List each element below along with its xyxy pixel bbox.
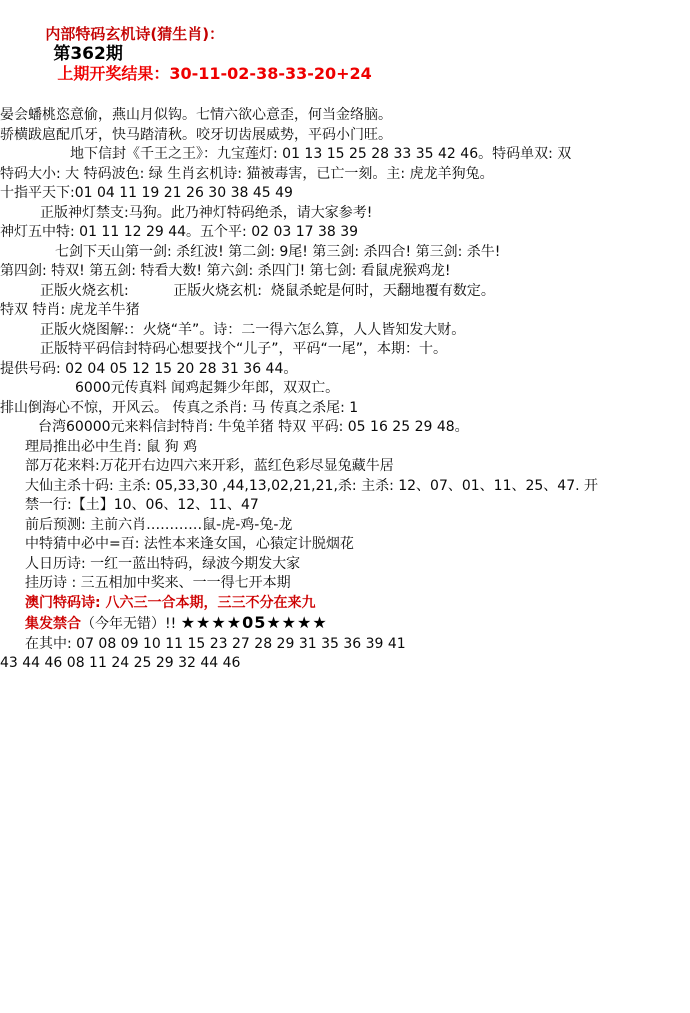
text-segment: 中特猜中必中=百: 法性本来逢女国，心猿定计脱烟花 xyxy=(25,536,354,552)
text-segment: 晏会蟠桃恣意偷，燕山月似钩。七情六欲心意歪，何当金络脑。 xyxy=(0,107,392,123)
header: 内部特码玄机诗(猜生肖)： 第362期 上期开奖结果：30-11-02-38-3… xyxy=(0,0,690,105)
text-line: 第四剑: 特双! 第五剑: 特看大数! 第六剑: 杀四门! 第七剑: 看鼠虎猴鸡… xyxy=(0,262,690,282)
text-segment: 大仙主杀十码: 主杀: 05,33,30 ,44,13,02,21,21,杀: … xyxy=(25,478,598,494)
text-line: 部万花来料:万花开右边四六来开彩，蓝红色彩尽显兔藏牛居 xyxy=(0,457,690,477)
text-line: 禁一行:【土】10、06、12、11、47 xyxy=(0,496,690,516)
text-segment: 集发禁合 xyxy=(25,616,81,632)
text-line: 神灯五中特: 01 11 12 29 44。五个平: 02 03 17 38 3… xyxy=(0,223,690,243)
text-segment: 挂历诗 : 三五相加中奖来、一一得七开本期 xyxy=(25,575,291,591)
text-segment: （今年无错）!! xyxy=(81,616,181,632)
text-segment: 正版神灯禁支:马狗。此乃神灯特码绝杀，请大家参考! xyxy=(40,205,372,221)
text-line: 排山倒海心不惊，开风云。 传真之杀肖: 马 传真之杀尾: 1 xyxy=(0,399,690,419)
text-segment: 提供号码: 02 04 05 12 15 20 28 31 36 44。 xyxy=(0,361,297,377)
text-line: 在其中: 07 08 09 10 11 15 23 27 28 29 31 35… xyxy=(0,635,690,655)
text-segment: 排山倒海心不惊，开风云。 传真之杀肖: 马 传真之杀尾: 1 xyxy=(0,400,358,416)
text-line: 正版神灯禁支:马狗。此乃神灯特码绝杀，请大家参考! xyxy=(0,204,690,224)
text-segment: 禁一行:【土】10、06、12、11、47 xyxy=(25,497,259,513)
text-segment: 正版特平码信封特码心想要找个“儿子”，平码“一尾”，本期：十。 xyxy=(40,341,447,357)
text-line: 提供号码: 02 04 05 12 15 20 28 31 36 44。 xyxy=(0,360,690,380)
text-segment: 43 44 46 08 11 24 25 29 32 44 46 xyxy=(0,655,240,671)
last-draw-result: 上期开奖结果：30-11-02-38-33-20+24 xyxy=(45,64,371,83)
text-line: 集发禁合（今年无错）!! ★★★★05★★★★ xyxy=(0,613,690,635)
text-segment: 理局推出必中生肖: 鼠 狗 鸡 xyxy=(25,439,197,455)
text-line: 理局推出必中生肖: 鼠 狗 鸡 xyxy=(0,438,690,458)
text-line: 七剑下天山第一剑: 杀红波! 第二剑: 9尾! 第三剑: 杀四合! 第三剑: 杀… xyxy=(0,243,690,263)
text-segment: 十指平天下:01 04 11 19 21 26 30 38 45 49 xyxy=(0,185,293,201)
text-line: 正版火烧图解:：火烧“羊”。诗：二一得六怎么算，人人皆知发大财。 xyxy=(0,321,690,341)
text-segment: 七剑下天山第一剑: 杀红波! 第二剑: 9尾! 第三剑: 杀四合! 第三剑: 杀… xyxy=(55,244,500,260)
text-line: 澳门特码诗: 八六三一合本期，三三不分在来九 xyxy=(0,594,690,614)
issue-number: 第362期 xyxy=(45,44,123,64)
text-segment: 特码大小: 大 特码波色: 绿 生肖玄机诗: 猫被毒害，已亡一刻。主: 虎龙羊狗… xyxy=(0,166,494,182)
lines-container: 晏会蟠桃恣意偷，燕山月似钩。七情六欲心意歪，何当金络脑。骄横跋扈配爪牙，快马踏清… xyxy=(0,105,690,674)
text-segment: 正版火烧玄机: 正版火烧玄机: 烧鼠杀蛇是何时，天翻地覆有数定。 xyxy=(40,283,495,299)
text-line: 正版特平码信封特码心想要找个“儿子”，平码“一尾”，本期：十。 xyxy=(0,340,690,360)
text-line: 前后预测: 主前六肖…………鼠-虎-鸡-兔-龙 xyxy=(0,516,690,536)
text-segment: 正版火烧图解:：火烧“羊”。诗：二一得六怎么算，人人皆知发大财。 xyxy=(40,322,465,338)
text-line: 6000元传真料 闻鸡起舞少年郎，双双亡。 xyxy=(0,379,690,399)
text-segment: 地下信封《千王之王》：九宝莲灯: 01 13 15 25 28 33 35 42… xyxy=(70,146,571,162)
text-segment: 人日历诗: 一红一蓝出特码，绿波今期发大家 xyxy=(25,556,300,572)
text-segment: 部万花来料:万花开右边四六来开彩，蓝红色彩尽显兔藏牛居 xyxy=(25,458,394,474)
text-line: 晏会蟠桃恣意偷，燕山月似钩。七情六欲心意歪，何当金络脑。 xyxy=(0,106,690,126)
text-segment: ★★★★05★★★★ xyxy=(181,613,328,632)
text-segment: 第四剑: 特双! 第五剑: 特看大数! 第六剑: 杀四门! 第七剑: 看鼠虎猴鸡… xyxy=(0,263,450,279)
text-line: 十指平天下:01 04 11 19 21 26 30 38 45 49 xyxy=(0,184,690,204)
text-segment: 前后预测: 主前六肖…………鼠-虎-鸡-兔-龙 xyxy=(25,517,292,533)
text-segment: 骄横跋扈配爪牙，快马踏清秋。咬牙切齿展威势，平码小门旺。 xyxy=(0,127,392,143)
text-segment: 神灯五中特: 01 11 12 29 44。五个平: 02 03 17 38 3… xyxy=(0,224,358,240)
text-segment: 6000元传真料 闻鸡起舞少年郎，双双亡。 xyxy=(75,380,339,396)
text-line: 特双 特肖: 虎龙羊牛猪 xyxy=(0,301,690,321)
text-segment: 澳门特码诗: 八六三一合本期，三三不分在来九 xyxy=(25,595,315,611)
text-segment: 在其中: 07 08 09 10 11 15 23 27 28 29 31 35… xyxy=(25,636,406,652)
text-line: 人日历诗: 一红一蓝出特码，绿波今期发大家 xyxy=(0,555,690,575)
text-line: 中特猜中必中=百: 法性本来逢女国，心猿定计脱烟花 xyxy=(0,535,690,555)
text-segment: 台湾60000元来料信封特肖: 牛兔羊猪 特双 平码: 05 16 25 29 … xyxy=(38,419,469,435)
text-line: 骄横跋扈配爪牙，快马踏清秋。咬牙切齿展威势，平码小门旺。 xyxy=(0,126,690,146)
text-line: 挂历诗 : 三五相加中奖来、一一得七开本期 xyxy=(0,574,690,594)
text-segment: 特双 特肖: 虎龙羊牛猪 xyxy=(0,302,140,318)
text-line: 正版火烧玄机: 正版火烧玄机: 烧鼠杀蛇是何时，天翻地覆有数定。 xyxy=(0,282,690,302)
text-line: 大仙主杀十码: 主杀: 05,33,30 ,44,13,02,21,21,杀: … xyxy=(0,477,690,497)
page-title: 内部特码玄机诗(猜生肖)： xyxy=(45,25,224,43)
text-line: 地下信封《千王之王》：九宝莲灯: 01 13 15 25 28 33 35 42… xyxy=(0,145,690,165)
text-line: 43 44 46 08 11 24 25 29 32 44 46 xyxy=(0,654,690,674)
lottery-tip-sheet: 内部特码玄机诗(猜生肖)： 第362期 上期开奖结果：30-11-02-38-3… xyxy=(0,0,690,1013)
text-line: 台湾60000元来料信封特肖: 牛兔羊猪 特双 平码: 05 16 25 29 … xyxy=(0,418,690,438)
text-line: 特码大小: 大 特码波色: 绿 生肖玄机诗: 猫被毒害，已亡一刻。主: 虎龙羊狗… xyxy=(0,165,690,185)
